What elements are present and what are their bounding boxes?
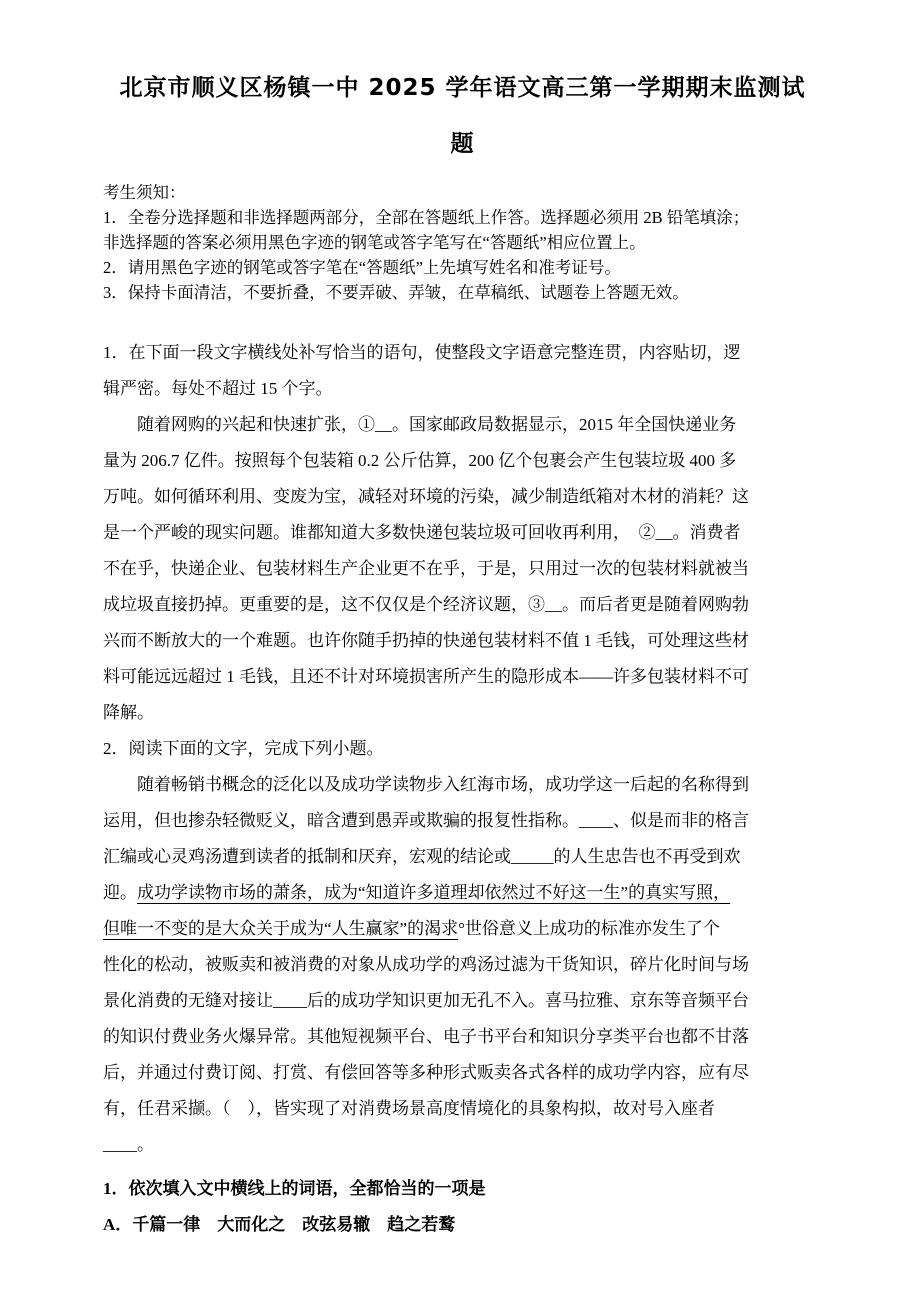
passage2-underlined-text: 但唯一不变的是大众关于成为“人生赢家”的渴求: [103, 919, 458, 938]
passage2-line: 汇编或心灵鸡汤遭到读者的抵制和厌弃，宏观的结论或_____的人生忠告也不再受到欢: [103, 839, 822, 875]
notice-item-1: 1．全卷分选择题和非选择题两部分，全部在答题纸上作答。选择题必须用 2B 铅笔填…: [103, 205, 822, 230]
passage2-underlined-text: 成功学读物市场的萧条，成为“知道许多道理却依然过不好这一生”的真实写照，: [137, 883, 730, 902]
passage1-line: 降解。: [103, 695, 822, 731]
passage1-line: 万吨。如何循环利用、变废为宝，减轻对环境的污染，减少制造纸箱对木材的消耗？这: [103, 479, 822, 515]
subquestion1-stem: 1．依次填入文中横线上的词语，全都恰当的一项是: [103, 1171, 822, 1207]
exam-paper-page: 北京市顺义区杨镇一中 2025 学年语文高三第一学期期末监测试 题 考生须知： …: [0, 0, 920, 1302]
title-line-2: 题: [103, 116, 822, 172]
passage2-line: 景化消费的无缝对接让____后的成功学知识更加无孔不入。喜马拉雅、京东等音频平台: [103, 983, 822, 1019]
passage1-line: 不在乎，快递企业、包装材料生产企业更不在乎，于是，只用过一次的包装材料就被当: [103, 551, 822, 587]
passage1-line: 是一个严峻的现实问题。谁都知道大多数快递包装垃圾可回收再利用， ②__。消费者: [103, 515, 822, 551]
candidate-notice-section: 考生须知： 1．全卷分选择题和非选择题两部分，全部在答题纸上作答。选择题必须用 …: [103, 180, 822, 305]
passage2-plain-text: °世俗意义上成功的标准亦发生了个: [458, 919, 720, 938]
passage2-line: 性化的松动，被贩卖和被消费的对象从成功学的鸡汤过滤为干货知识，碎片化时间与场: [103, 947, 822, 983]
notice-item-2: 2．请用黑色字迹的钢笔或答字笔在“答题纸”上先填写姓名和准考证号。: [103, 255, 822, 280]
passage2-line-with-underline: 但唯一不变的是大众关于成为“人生赢家”的渴求°世俗意义上成功的标准亦发生了个: [103, 911, 822, 947]
question1-stem-line-2: 辑严密。每处不超过 15 个字。: [103, 371, 822, 407]
passage2-line: 后，并通过付费订阅、打赏、有偿回答等多种形式贩卖各式各样的成功学内容，应有尽: [103, 1055, 822, 1091]
passage2-line: 有，任君采撷。（ ），皆实现了对消费场景高度情境化的具象构拟，故对号入座者: [103, 1091, 822, 1127]
page-title: 北京市顺义区杨镇一中 2025 学年语文高三第一学期期末监测试 题: [103, 60, 822, 172]
passage2-line-with-underline: 迎。成功学读物市场的萧条，成为“知道许多道理却依然过不好这一生”的真实写照，: [103, 875, 822, 911]
notice-item-1-continued: 非选择题的答案必须用黑色字迹的钢笔或答字笔写在“答题纸”相应位置上。: [103, 230, 822, 255]
passage2-line: 的知识付费业务火爆异常。其他短视频平台、电子书平台和知识分享类平台也都不甘落: [103, 1019, 822, 1055]
passage1-line: 料可能远远超过 1 毛钱，且还不计对环境损害所产生的隐形成本——许多包装材料不可: [103, 659, 822, 695]
passage2-line: 运用，但也掺杂轻微贬义，暗含遭到愚弄或欺骗的报复性指称。____、似是而非的格言: [103, 803, 822, 839]
question2-stem: 2．阅读下面的文字，完成下列小题。: [103, 731, 822, 767]
exam-body: 1．在下面一段文字横线处补写恰当的语句，使整段文字语意完整连贯，内容贴切，逻 辑…: [103, 335, 822, 1243]
passage1-line: 兴而不断放大的一个难题。也许你随手扔掉的快递包装材料不值 1 毛钱，可处理这些材: [103, 623, 822, 659]
passage1-line: 量为 206.7 亿件。按照每个包装箱 0.2 公斤估算，200 亿个包裹会产生…: [103, 443, 822, 479]
notice-heading: 考生须知：: [103, 180, 822, 205]
passage1-line: 成垃圾直接扔掉。更重要的是，这不仅仅是个经济议题，③__。而后者更是随着网购勃: [103, 587, 822, 623]
subquestion1-option-a: A．千篇一律 大而化之 改弦易辙 趋之若鹜: [103, 1207, 822, 1243]
passage1-line: 随着网购的兴起和快速扩张，①__。国家邮政局数据显示，2015 年全国快递业务: [103, 407, 822, 443]
question1-stem-line-1: 1．在下面一段文字横线处补写恰当的语句，使整段文字语意完整连贯，内容贴切，逻: [103, 335, 822, 371]
passage2-blank-line: ____。: [103, 1127, 822, 1163]
notice-item-3: 3．保持卡面清洁，不要折叠，不要弄破、弄皱，在草稿纸、试题卷上答题无效。: [103, 280, 822, 305]
passage2-line: 随着畅销书概念的泛化以及成功学读物步入红海市场，成功学这一后起的名称得到: [103, 767, 822, 803]
passage2-plain-text: 迎。: [103, 883, 137, 902]
title-line-1: 北京市顺义区杨镇一中 2025 学年语文高三第一学期期末监测试: [103, 60, 822, 116]
